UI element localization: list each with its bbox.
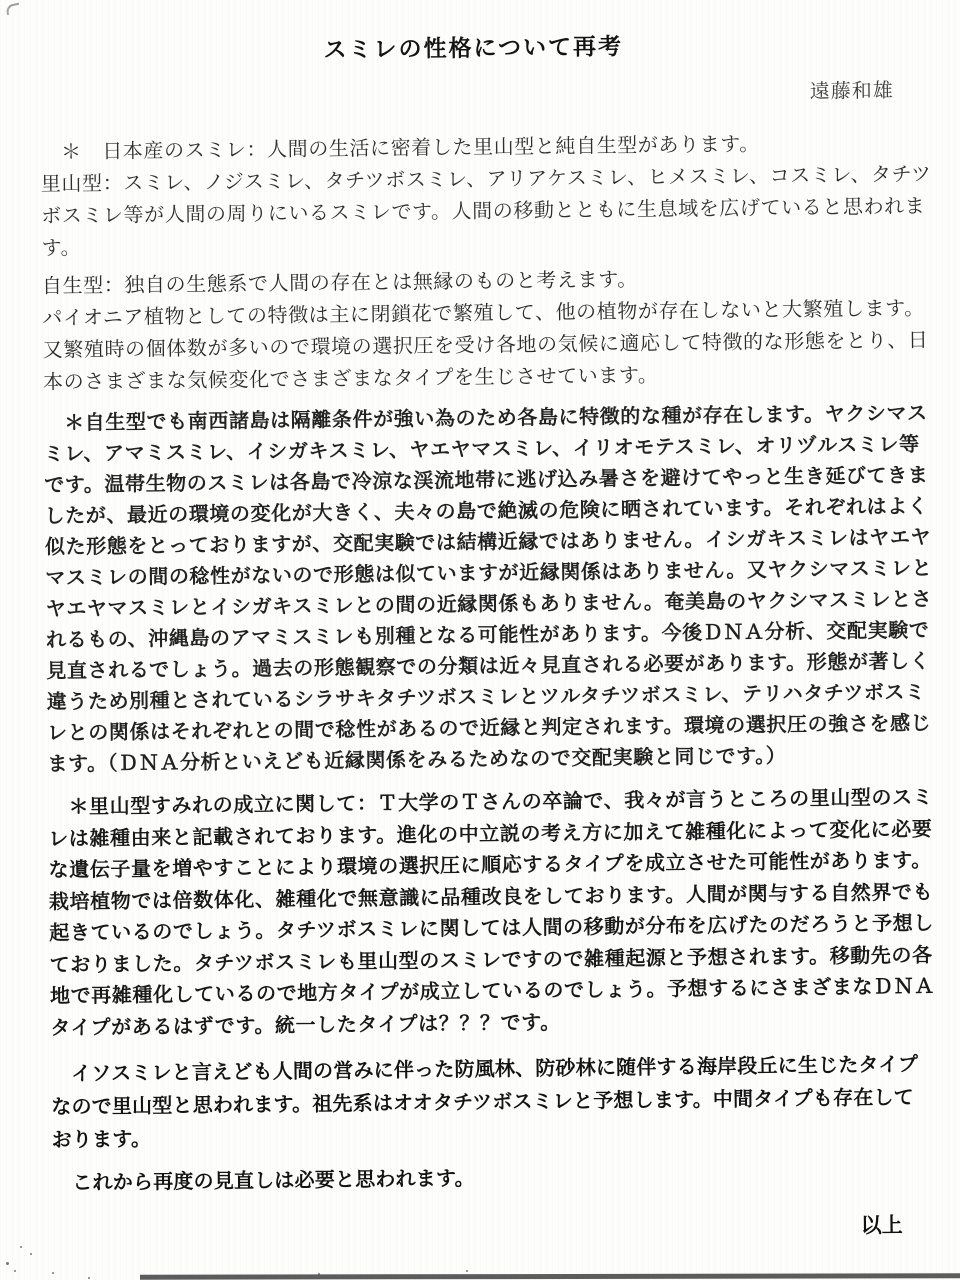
closing-mark: 以上: [53, 1209, 921, 1249]
paragraph-nansei-islands: ＊自生型でも南西諸島は隔離条件が強い為のため各島に特徴的な種が存在します。ヤクシ…: [43, 399, 915, 781]
scan-speckle: [52, 1272, 54, 1274]
scan-speckle: [466, 1270, 468, 1272]
scan-speckle: [6, 1262, 9, 1265]
author-name: 遠藤和雄: [40, 74, 908, 113]
scan-speckle: [30, 1253, 32, 1255]
scan-speckle: [318, 1273, 320, 1275]
scan-speckle: [88, 1277, 90, 1279]
scan-speckle: [20, 1246, 22, 1248]
paragraph-satoyama-intro: ＊ 日本産のスミレ：人間の生活に密着した里山型と純自生型があります。里山型：スミ…: [40, 127, 909, 265]
text-line: これから再度の見直しは必要と思われます。: [52, 1158, 920, 1201]
paragraph-isosumire: イソスミレと言えども人間の営みに伴った防風林、防砂林に随伴する海岸段丘に生じたタ…: [51, 1049, 920, 1158]
paragraph-satoyama-origin: ＊里山型すみれの成立に関して：Ｔ大学のＴさんの卒論で、我々が言うところの里山型の…: [48, 783, 919, 1045]
document-content: スミレの性格について再考 遠藤和雄 ＊ 日本産のスミレ：人間の生活に密着した里山…: [39, 0, 921, 1249]
paragraph-conclusion: これから再度の見直しは必要と思われます。: [52, 1158, 920, 1201]
page-title: スミレの性格について再考: [39, 25, 907, 68]
paragraph-jisei-type: 自生型：独自の生態系で人間の存在とは無縁のものと考えます。パイオニア植物としての…: [42, 261, 911, 399]
scan-corner-mark: [5, 3, 21, 16]
scan-speckle: [14, 1270, 16, 1272]
scan-artifact-strip: [140, 1273, 960, 1279]
scanned-document-page: スミレの性格について再考 遠藤和雄 ＊ 日本産のスミレ：人間の生活に密着した里山…: [0, 0, 960, 1280]
